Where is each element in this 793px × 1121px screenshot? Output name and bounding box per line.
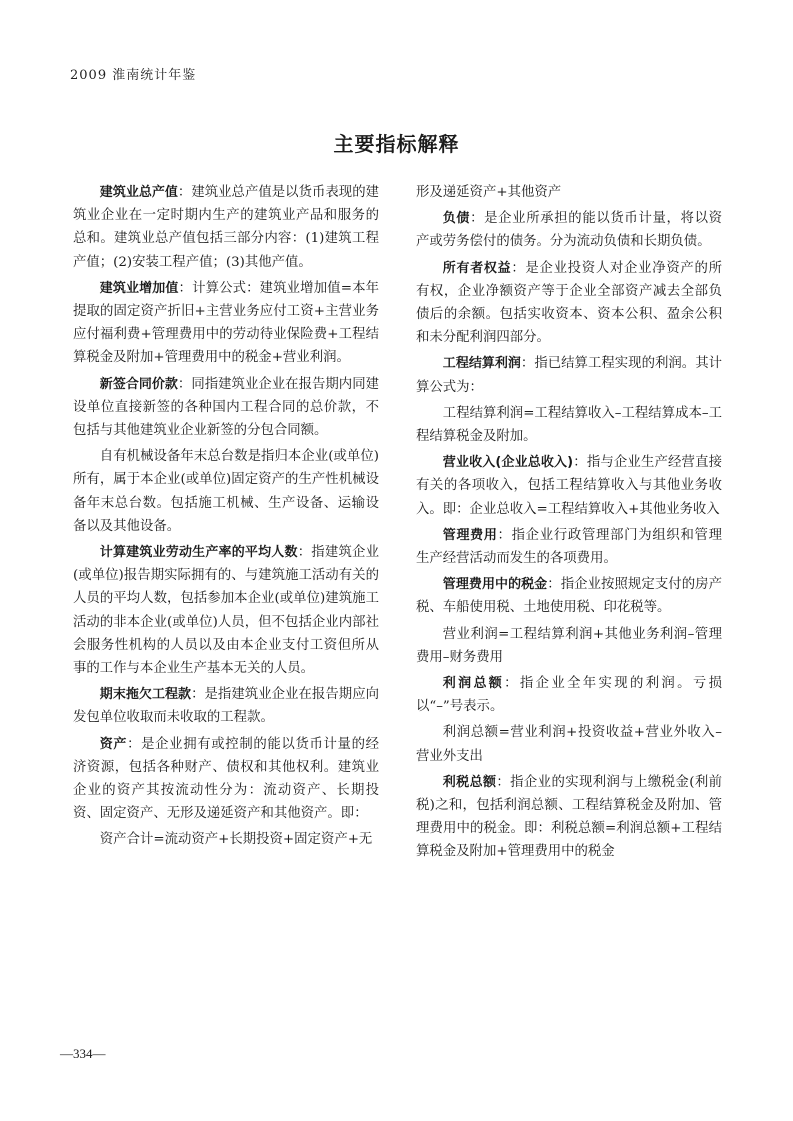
- right-column: 形及递延资产+其他资产 负债：是企业所承担的能以货币计量，将以资产或劳务偿付的债…: [416, 181, 722, 867]
- definition-paragraph: 建筑业总产值：建筑业总产值是以货币表现的建筑业企业在一定时期内生产的建筑业产品和…: [73, 181, 379, 274]
- formula-paragraph: 利润总额=营业利润+投资收益+营业外收入–营业外支出: [416, 721, 722, 767]
- definition-paragraph: 管理费用中的税金：指企业按照规定支付的房产税、车船使用税、土地使用税、印花税等。: [416, 573, 722, 619]
- definition-paragraph: 管理费用：指企业行政管理部门为组织和管理生产经营活动而发生的各项费用。: [416, 524, 722, 570]
- definition-text: 自有机械设备年末总台数是指归本企业(或单位)所有，属于本企业(或单位)固定资产的…: [73, 449, 379, 534]
- formula-text: 形及递延资产+其他资产: [416, 185, 561, 200]
- definition-paragraph: 利税总额：指企业的实现利润与上缴税金(利前税)之和，包括利润总额、工程结算税金及…: [416, 771, 722, 864]
- term: 所有者权益: [443, 261, 512, 276]
- definition-paragraph: 新签合同价款：同指建筑业企业在报告期内同建设单位直接新签的各种国内工程合同的总价…: [73, 373, 379, 443]
- formula-continuation: 形及递延资产+其他资产: [416, 181, 722, 204]
- definition-paragraph: 建筑业增加值：计算公式：建筑业增加值=本年提取的固定资产折旧+主营业务应付工资+…: [73, 277, 379, 370]
- formula-text: 利润总额=营业利润+投资收益+营业外收入–营业外支出: [416, 725, 722, 763]
- definition-paragraph: 期末拖欠工程款：是指建筑业企业在报告期应向发包单位收取而未收取的工程款。: [73, 683, 379, 729]
- term: 建筑业总产值: [100, 185, 178, 200]
- formula-text: 资产合计=流动资产+长期投资+固定资产+无: [100, 832, 373, 847]
- running-header: 2009 淮南统计年鉴: [70, 64, 196, 83]
- definition-paragraph: 负债：是企业所承担的能以货币计量，将以资产或劳务偿付的债务。分为流动负债和长期负…: [416, 207, 722, 253]
- definition-paragraph: 工程结算利润：指已结算工程实现的利润。其计算公式为：: [416, 352, 722, 398]
- formula-paragraph: 资产合计=流动资产+长期投资+固定资产+无: [73, 828, 379, 851]
- term: 利润总额: [443, 676, 504, 691]
- definition-text: 指建筑企业(或单位)报告期实际拥有的、与建筑施工活动有关的人员的平均人数，包括参…: [73, 545, 379, 676]
- term: 负债: [443, 211, 470, 226]
- term: 管理费用中的税金: [443, 577, 547, 592]
- formula-text: 营业利润=工程结算利润+其他业务利润–管理费用–财务费用: [416, 627, 722, 665]
- page-title: 主要指标解释: [0, 128, 793, 157]
- term: 营业收入(企业总收入): [443, 455, 573, 470]
- term: 资产: [100, 737, 127, 752]
- definition-paragraph: 计算建筑业劳动生产率的平均人数：指建筑企业(或单位)报告期实际拥有的、与建筑施工…: [73, 541, 379, 680]
- formula-paragraph: 营业利润=工程结算利润+其他业务利润–管理费用–财务费用: [416, 623, 722, 669]
- definition-paragraph: 所有者权益：是企业投资人对企业净资产的所有权，企业净额资产等于企业全部资产减去全…: [416, 257, 722, 350]
- term: 新签合同价款: [100, 377, 178, 392]
- term: 工程结算利润: [443, 356, 521, 371]
- page-number: —334—: [60, 1046, 106, 1062]
- formula-paragraph: 工程结算利润=工程结算收入–工程结算成本–工程结算税金及附加。: [416, 402, 722, 448]
- definition-paragraph: 自有机械设备年末总台数是指归本企业(或单位)所有，属于本企业(或单位)固定资产的…: [73, 445, 379, 538]
- left-column: 建筑业总产值：建筑业总产值是以货币表现的建筑业企业在一定时期内生产的建筑业产品和…: [73, 181, 379, 855]
- term: 建筑业增加值: [100, 281, 179, 296]
- term: 管理费用: [443, 528, 498, 543]
- term: 利税总额: [443, 775, 497, 790]
- definition-paragraph: 利润总额：指企业全年实现的利润。亏损以“–”号表示。: [416, 672, 722, 718]
- formula-text: 工程结算利润=工程结算收入–工程结算成本–工程结算税金及附加。: [416, 406, 722, 444]
- term: 期末拖欠工程款: [100, 687, 191, 702]
- term: 计算建筑业劳动生产率的平均人数: [100, 545, 298, 560]
- definition-paragraph: 资产：是企业拥有或控制的能以货币计量的经济资源，包括各种财产、债权和其他权利。建…: [73, 733, 379, 826]
- definition-paragraph: 营业收入(企业总收入)：指与企业生产经营直接有关的各项收入，包括工程结算收入与其…: [416, 451, 722, 521]
